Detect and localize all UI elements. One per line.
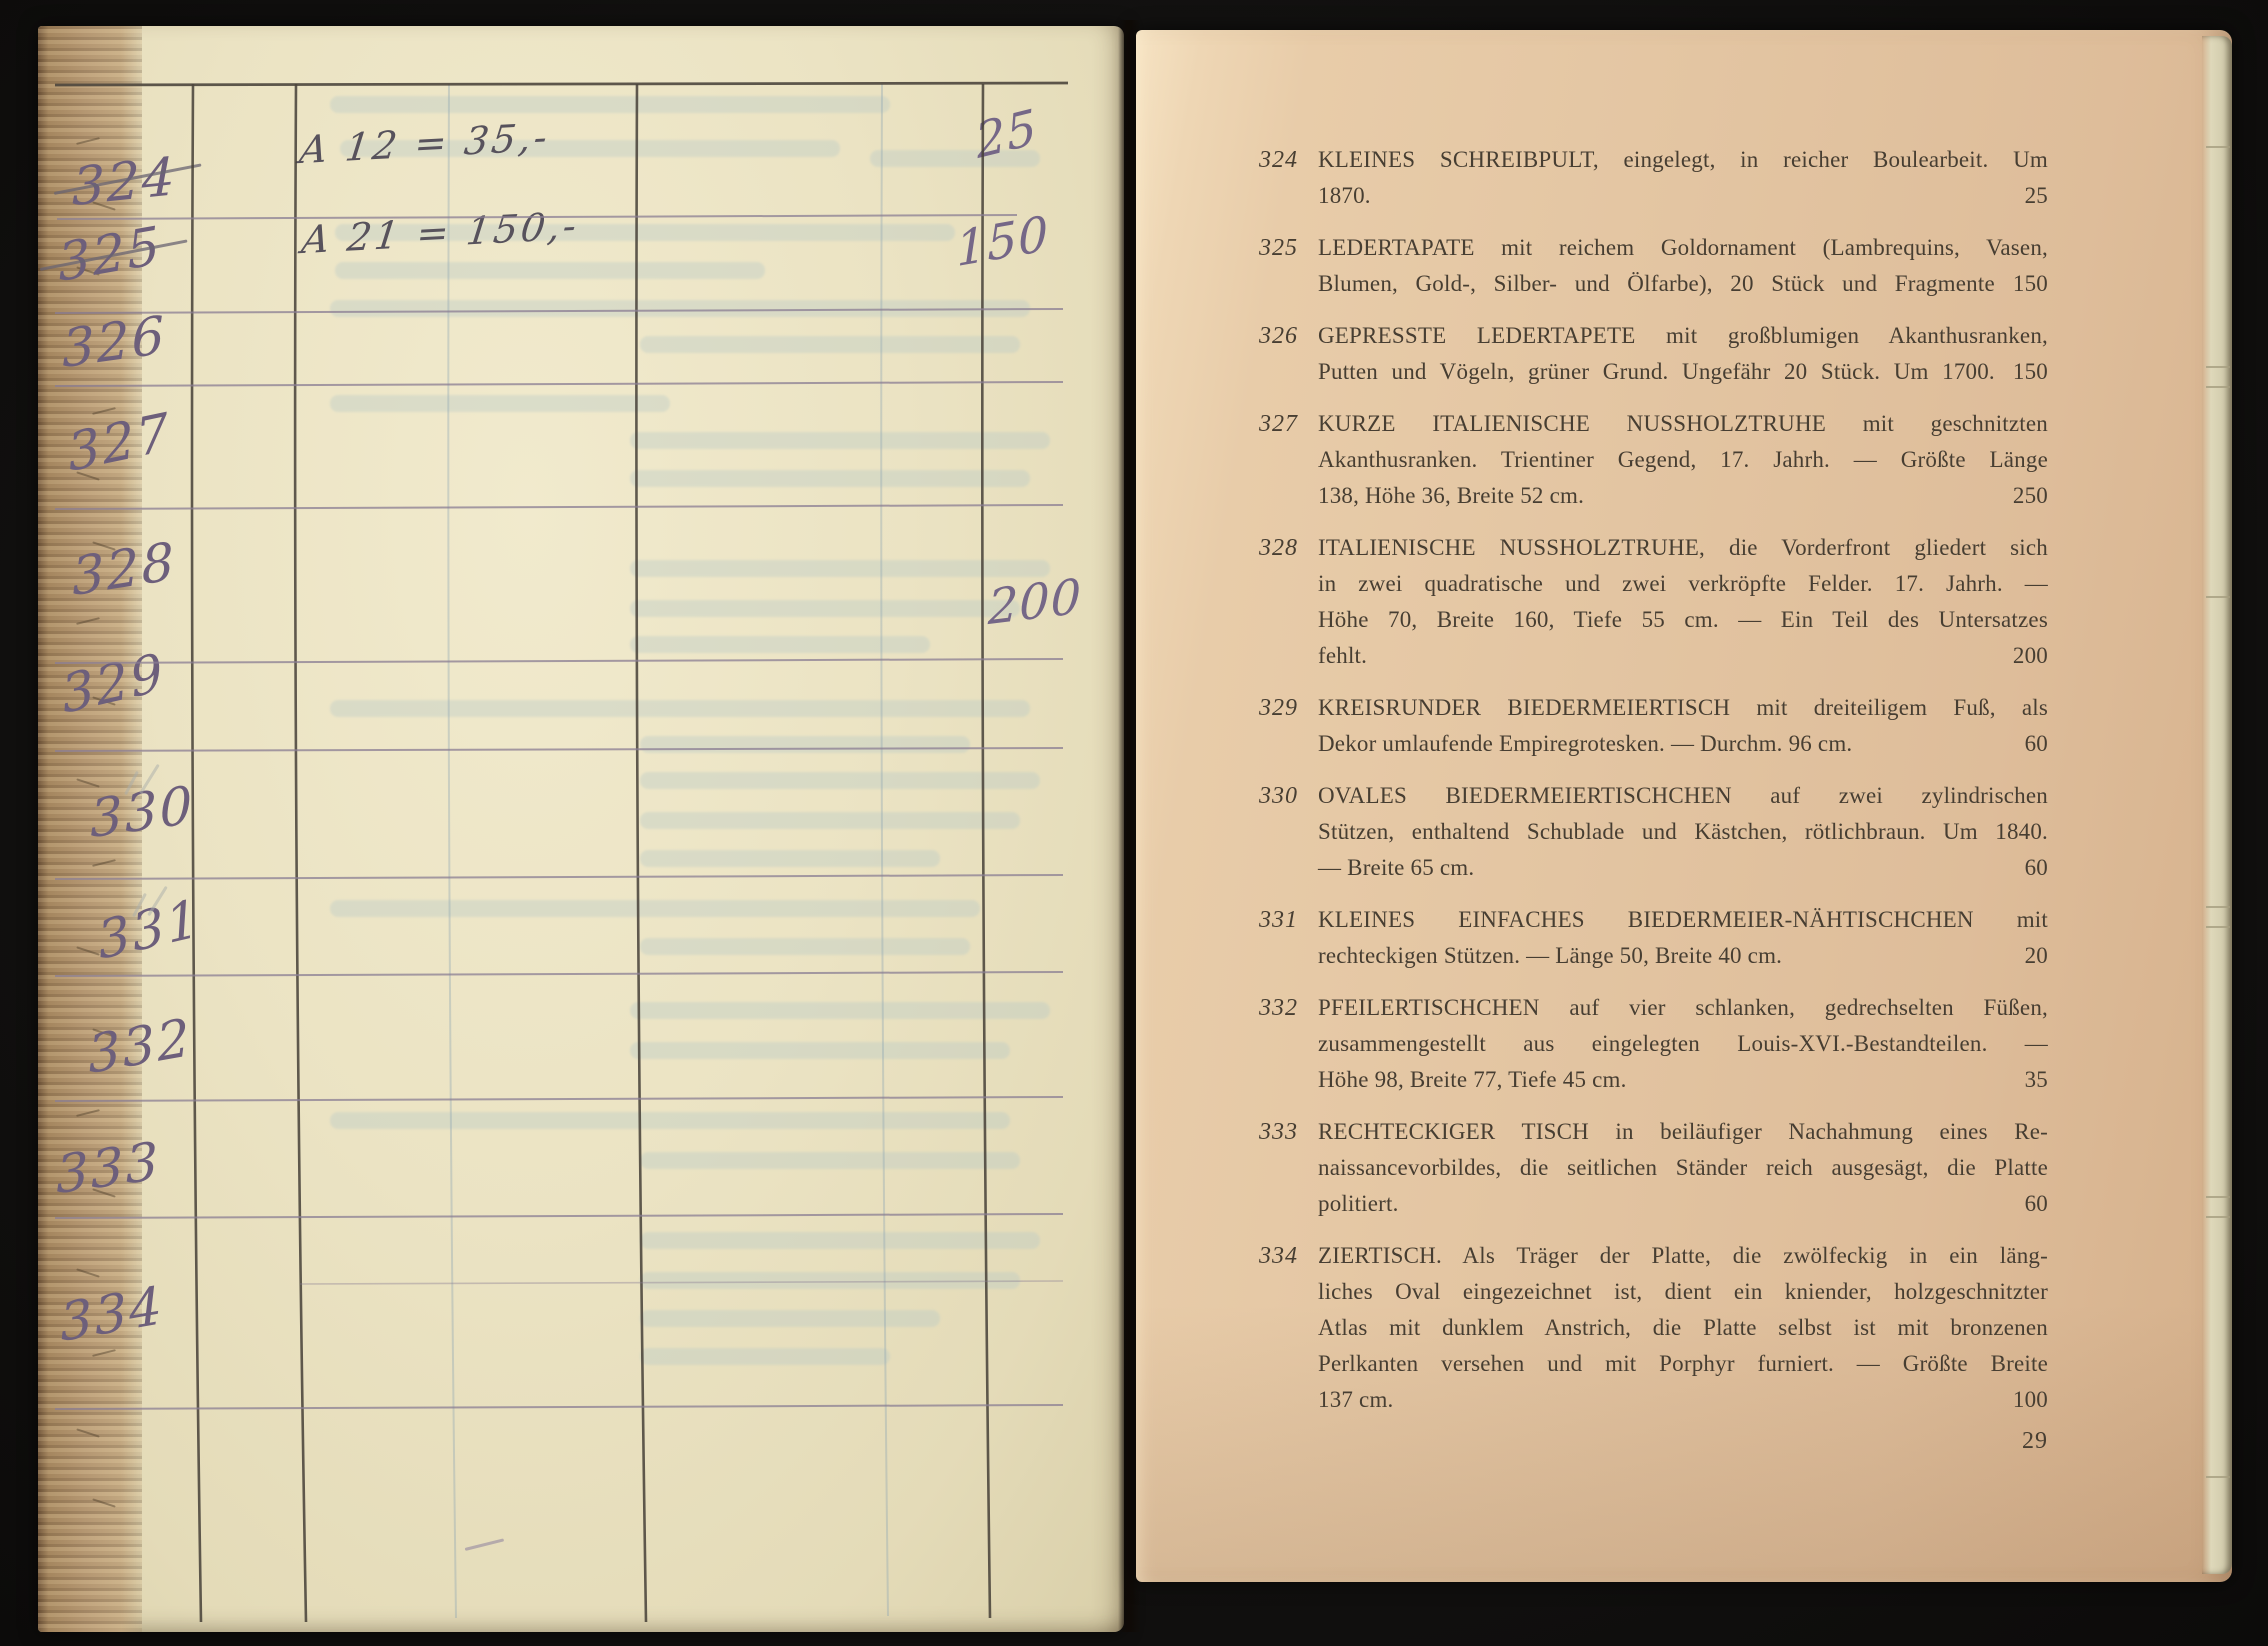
bleed-through-text [640,938,970,955]
item-text: KREISRUNDER BIEDERMEIERTISCH mit dreitei… [1318,690,2048,762]
item-text: PFEILERTISCHCHEN auf vier schlanken, ged… [1318,990,2048,1098]
item-last-line: Putten und Vögeln, grüner Grund. Ungefäh… [1318,354,2048,390]
fore-edge-tick [2206,1476,2230,1478]
item-line: KLEINES SCHREIBPULT, eingelegt, in reich… [1318,142,2048,178]
edge-pencil-tick [76,1428,99,1437]
item-line: Blumen, Gold-, Silber- und Ölfarbe), 20 … [1318,266,1995,302]
edge-pencil-tick [92,1498,115,1507]
bleed-through-text [630,432,1050,449]
item-line: LEDERTAPATE mit reichem Goldornament (La… [1318,230,2048,266]
handwritten-annotation: A 21 = 150,- [299,203,581,262]
item-last-line: 137 cm.100 [1318,1382,2048,1418]
book-scan: 324325326327328329330331332333334A 12 = … [0,0,2268,1646]
catalog-item: 327KURZE ITALIENISCHE NUSSHOLZTRUHE mit … [1136,406,2232,514]
item-line: KURZE ITALIENISCHE NUSSHOLZTRUHE mit ges… [1318,406,2048,442]
item-line: KLEINES EINFACHES BIEDERMEIER-NÄHTISCHCH… [1318,902,2048,938]
ledger-entry-number: 324 [72,147,177,218]
item-line: ZIERTISCH. Als Träger der Platte, die zw… [1318,1238,2048,1274]
edge-pencil-tick [92,859,116,867]
item-last-line: Dekor umlaufende Empiregrotesken. — Durc… [1318,726,2048,762]
item-line: 138, Höhe 36, Breite 52 cm. [1318,478,1584,514]
item-line: Stützen, enthaltend Schublade und Kästch… [1318,814,2048,850]
item-text: KLEINES SCHREIBPULT, eingelegt, in reich… [1318,142,2048,214]
bleed-through-text [335,262,765,279]
item-price-estimate: 200 [2013,638,2048,674]
edge-pencil-tick [76,137,100,145]
bleed-through-text [630,470,1030,487]
item-line: Höhe 98, Breite 77, Tiefe 45 cm. [1318,1062,1627,1098]
catalog-item: 329KREISRUNDER BIEDERMEIERTISCH mit drei… [1136,690,2232,762]
item-line: Perlkanten versehen und mit Porphyr furn… [1318,1346,2048,1382]
handwritten-annotation: A 12 = 35,- [297,115,552,172]
item-line: zusammengestellt aus eingelegten Louis-X… [1318,1026,2048,1062]
item-line: liches Oval eingezeichnet ist, dient ein… [1318,1274,2048,1310]
edge-pencil-tick [76,617,100,625]
item-line: GEPRESSTE LEDERTAPETE mit großblumigen A… [1318,318,2048,354]
item-price-estimate: 60 [2025,726,2048,762]
bleed-through-text [630,1002,1050,1019]
item-line: Höhe 70, Breite 160, Tiefe 55 cm. — Ein … [1318,602,2048,638]
item-line: OVALES BIEDERMEIERTISCHCHEN auf zwei zyl… [1318,778,2048,814]
item-text: GEPRESSTE LEDERTAPETE mit großblumigen A… [1318,318,2048,390]
catalog-item: 334ZIERTISCH. Als Träger der Platte, die… [1136,1238,2232,1418]
catalog-items: 324KLEINES SCHREIBPULT, eingelegt, in re… [1136,142,2232,1434]
item-number: 325 [1248,230,1298,302]
item-last-line: Höhe 98, Breite 77, Tiefe 45 cm.35 [1318,1062,2048,1098]
item-number: 328 [1248,530,1298,674]
item-line: Atlas mit dunklem Anstrich, die Platte s… [1318,1310,2048,1346]
catalog-item: 325LEDERTAPATE mit reichem Goldornament … [1136,230,2232,302]
item-text: RECHTECKIGER TISCH in beiläufiger Nachah… [1318,1114,2048,1222]
item-price-estimate: 250 [2013,478,2048,514]
catalog-item: 333RECHTECKIGER TISCH in beiläufiger Nac… [1136,1114,2232,1222]
ledger-entry-price: 150 [955,205,1050,278]
item-price-estimate: 25 [2025,178,2048,214]
item-price-estimate: 60 [2025,1186,2048,1222]
bleed-through-text [640,812,1020,829]
item-price-estimate: 20 [2025,938,2048,974]
item-number: 333 [1248,1114,1298,1222]
item-text: KURZE ITALIENISCHE NUSSHOLZTRUHE mit ges… [1318,406,2048,514]
item-price-estimate: 150 [2013,354,2048,390]
bleed-through-text [640,850,940,867]
catalog-page: 324KLEINES SCHREIBPULT, eingelegt, in re… [1136,30,2232,1582]
item-line: 137 cm. [1318,1382,1394,1418]
item-last-line: fehlt.200 [1318,638,2048,674]
item-line: Akanthusranken. Trientiner Gegend, 17. J… [1318,442,2048,478]
item-number: 331 [1248,902,1298,974]
item-line: ITALIENISCHE NUSSHOLZTRUHE, die Vorderfr… [1318,530,2048,566]
item-number: 334 [1248,1238,1298,1418]
bleed-through-text [630,600,1020,617]
item-line: PFEILERTISCHCHEN auf vier schlanken, ged… [1318,990,2048,1026]
bleed-through-text [640,1152,1020,1169]
item-text: ITALIENISCHE NUSSHOLZTRUHE, die Vorderfr… [1318,530,2048,674]
item-line: naissancevorbildes, die seitlichen Ständ… [1318,1150,2048,1186]
bleed-through-text [640,1348,890,1365]
item-number: 327 [1248,406,1298,514]
bleed-through-text [640,1272,1020,1289]
edge-pencil-tick [76,1109,100,1117]
item-last-line: Blumen, Gold-, Silber- und Ölfarbe), 20 … [1318,266,2048,302]
item-price-estimate: 35 [2025,1062,2048,1098]
edge-pencil-tick [76,1268,99,1277]
item-price-estimate: 60 [2025,850,2048,886]
ledger-entry-price: 200 [988,568,1083,636]
item-line: Dekor umlaufende Empiregrotesken. — Durc… [1318,726,1852,762]
item-last-line: — Breite 65 cm.60 [1318,850,2048,886]
item-number: 324 [1248,142,1298,214]
bleed-through-text [330,300,1030,317]
edge-pencil-tick [76,778,99,787]
item-price-estimate: 150 [2013,266,2048,302]
bleed-through-text [640,1232,1040,1249]
item-line: RECHTECKIGER TISCH in beiläufiger Nachah… [1318,1114,2048,1150]
catalog-item: 332PFEILERTISCHCHEN auf vier schlanken, … [1136,990,2232,1098]
catalog-item: 328ITALIENISCHE NUSSHOLZTRUHE, die Vorde… [1136,530,2232,674]
bleed-through-text [640,736,970,753]
item-text: OVALES BIEDERMEIERTISCHCHEN auf zwei zyl… [1318,778,2048,886]
item-price-estimate: 100 [2013,1382,2048,1418]
bleed-through-text [330,96,890,113]
bleed-through-text [630,560,1050,577]
item-last-line: 1870.25 [1318,178,2048,214]
bleed-through-text [640,772,1040,789]
item-text: ZIERTISCH. Als Träger der Platte, die zw… [1318,1238,2048,1418]
item-text: LEDERTAPATE mit reichem Goldornament (La… [1318,230,2048,302]
item-last-line: politiert.60 [1318,1186,2048,1222]
stray-pencil-mark [465,1538,505,1551]
item-line: in zwei quadratische und zwei verkröpfte… [1318,566,2048,602]
bleed-through-text [630,1042,1010,1059]
catalog-item: 330OVALES BIEDERMEIERTISCHCHEN auf zwei … [1136,778,2232,886]
item-last-line: rechteckigen Stützen. — Länge 50, Breite… [1318,938,2048,974]
catalog-item: 326GEPRESSTE LEDERTAPETE mit großblumige… [1136,318,2232,390]
item-line: KREISRUNDER BIEDERMEIERTISCH mit dreitei… [1318,690,2048,726]
bleed-through-text [640,336,1020,353]
item-number: 330 [1248,778,1298,886]
bleed-through-text [330,1112,1010,1129]
page-number: 29 [2022,1428,2048,1455]
catalog-item: 331KLEINES EINFACHES BIEDERMEIER-NÄHTISC… [1136,902,2232,974]
edge-pencil-tick [76,946,99,955]
item-line: rechteckigen Stützen. — Länge 50, Breite… [1318,938,1782,974]
item-line: — Breite 65 cm. [1318,850,1474,886]
item-line: Putten und Vögeln, grüner Grund. Ungefäh… [1318,354,1995,390]
item-text: KLEINES EINFACHES BIEDERMEIER-NÄHTISCHCH… [1318,902,2048,974]
item-number: 326 [1248,318,1298,390]
item-number: 332 [1248,990,1298,1098]
ledger-page: 324325326327328329330331332333334A 12 = … [38,26,1124,1632]
item-line: 1870. [1318,178,1371,214]
item-line: politiert. [1318,1186,1399,1222]
bleed-through-text [330,700,1030,717]
edge-pencil-tick [92,1349,116,1357]
item-number: 329 [1248,690,1298,762]
bleed-through-text [630,636,930,653]
item-line: fehlt. [1318,638,1367,674]
catalog-item: 324KLEINES SCHREIBPULT, eingelegt, in re… [1136,142,2232,214]
bleed-through-text [330,900,980,917]
bleed-through-text [640,1310,940,1327]
bleed-through-text [330,395,670,412]
item-last-line: 138, Höhe 36, Breite 52 cm.250 [1318,478,2048,514]
